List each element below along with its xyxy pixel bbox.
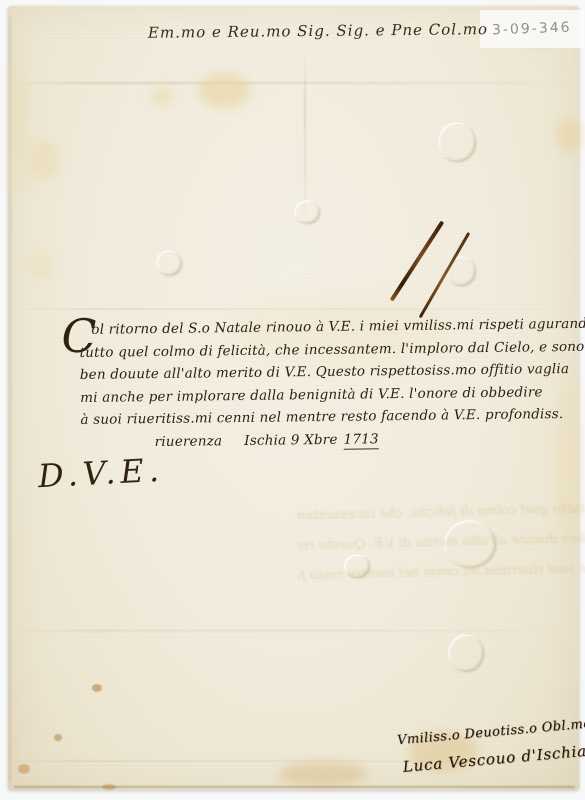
stain xyxy=(278,762,368,786)
ink-slash-marks xyxy=(391,210,501,314)
fold-crease-top xyxy=(8,82,579,84)
closing-word: riuerenza xyxy=(155,433,223,450)
blind-stamp xyxy=(448,634,484,672)
fold-crease-vertical xyxy=(304,50,306,222)
blind-stamp xyxy=(294,200,320,224)
signature-block: Vmiliss.o Deuotiss.o Obl.mo Ser.re Luca … xyxy=(396,712,585,781)
stain xyxy=(556,118,582,152)
dateline-place: Ischia 9 Xbre xyxy=(244,431,338,448)
show-through-line: à suoi riueritiss.mi cenni nel mentre re… xyxy=(298,554,585,592)
dateline-year: 1713 xyxy=(344,431,379,449)
ink-show-through: tutto quel colmo di felicità, che incess… xyxy=(297,494,585,610)
letter-body: C ol ritorno del S.o Natale rinouo à V.E… xyxy=(63,313,581,454)
salutation-line: Em.mo e Reu.mo Sig. Sig. e Pne Col.mo xyxy=(148,20,478,41)
blind-stamp xyxy=(156,250,182,276)
stain-speck xyxy=(102,784,116,790)
stain-speck xyxy=(18,764,30,774)
stain xyxy=(28,140,60,180)
monogram: D.V.E. xyxy=(37,451,165,496)
archive-number: 3-09-346 xyxy=(492,20,572,39)
stain-speck xyxy=(92,684,102,692)
stain xyxy=(150,88,174,106)
stain-speck xyxy=(54,734,62,741)
drop-cap: C xyxy=(61,313,97,359)
archive-label: 3-09-346 xyxy=(480,10,584,48)
fold-crease-lower xyxy=(8,630,579,632)
blind-stamp xyxy=(438,122,476,162)
stain xyxy=(30,250,54,280)
letter-page: 3-09-346 Em.mo e Reu.mo Sig. Sig. e Pne … xyxy=(8,6,579,790)
stain xyxy=(198,72,250,108)
stain xyxy=(10,62,26,192)
